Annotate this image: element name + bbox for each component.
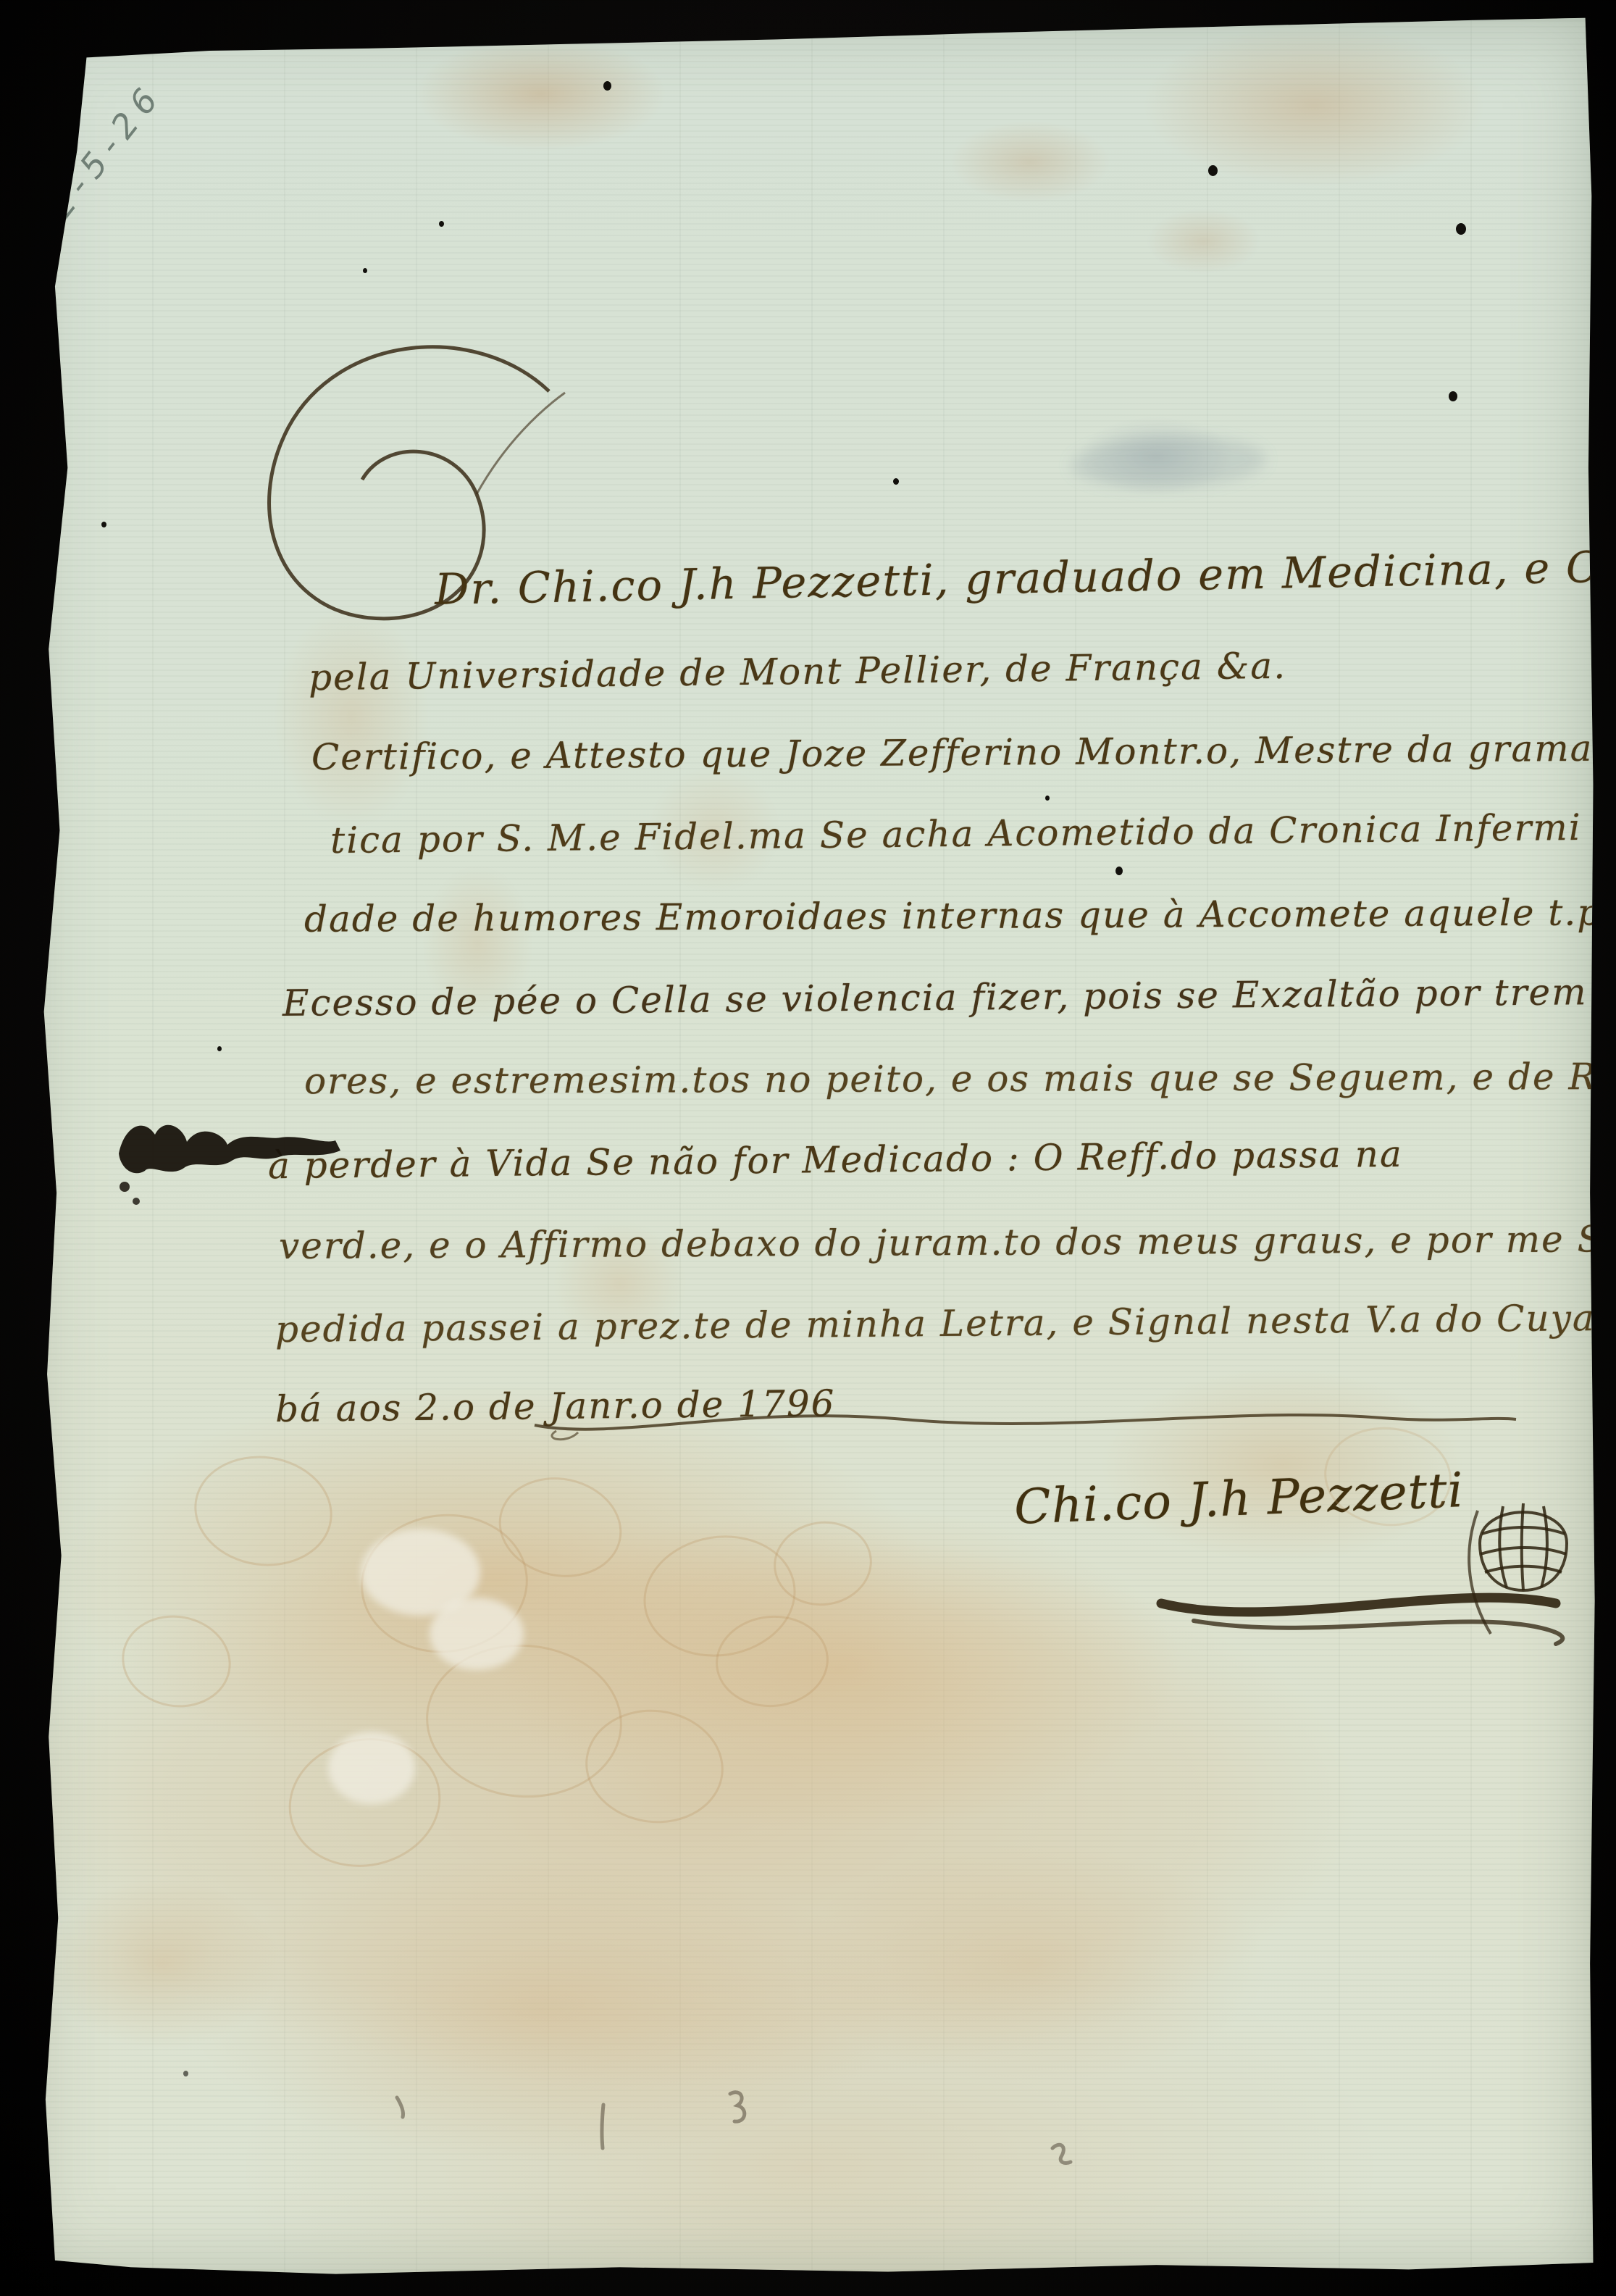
ink-speck <box>363 268 367 273</box>
manuscript-line: Ecesso de pée o Cella se violencia fizer… <box>282 971 1588 1024</box>
manuscript-line: Dr. Chi.co J.h Pezzetti, graduado em Med… <box>435 540 1616 614</box>
archival-number: 2-5-26 <box>41 75 170 225</box>
ink-speck <box>1045 796 1050 801</box>
ink-speck <box>101 522 106 527</box>
ink-speck <box>439 221 444 227</box>
manuscript-line: à perder à Vida Se não for Medicado : O … <box>268 1133 1403 1187</box>
showthrough-smudge <box>1070 433 1267 491</box>
ink-speck <box>1449 391 1457 401</box>
ink-showthrough <box>346 2072 1143 2188</box>
stain-ring <box>114 1607 238 1716</box>
manuscript-line: pela Universidade de Mont Pellier, de Fr… <box>309 645 1287 698</box>
manuscript-line: tica por S. M.e Fidel.ma Se acha Acometi… <box>330 806 1582 861</box>
manuscript-line: ores, e estremesim.tos no peito, e os ma… <box>304 1056 1616 1103</box>
ink-speck <box>1456 223 1466 235</box>
crystal-patch <box>328 1732 415 1804</box>
ink-speck <box>1115 867 1123 875</box>
manuscript-page: 2-5-26 Dr. Chi.co J.h Pezzetti, graduado… <box>20 14 1598 2281</box>
manuscript-line: verd.e, e o Affirmo debaxo do juram.to d… <box>279 1218 1616 1267</box>
manuscript-line: Certifico, e Attesto que Joze Zefferino … <box>311 727 1594 778</box>
manuscript-line: dade de humores Emoroidaes internas que … <box>304 891 1616 940</box>
ink-speck <box>893 478 899 485</box>
manuscript-line: bá aos 2.o de Janr.o de 1796 <box>275 1382 836 1430</box>
ink-speck <box>217 1046 222 1051</box>
manuscript-line: pedida passei a prez.te de minha Letra, … <box>275 1297 1596 1351</box>
crystal-patch <box>430 1598 524 1670</box>
ink-speck <box>603 81 611 91</box>
ink-speck <box>183 2071 188 2076</box>
stain-ring <box>187 1447 339 1574</box>
ink-speck <box>1208 165 1218 176</box>
